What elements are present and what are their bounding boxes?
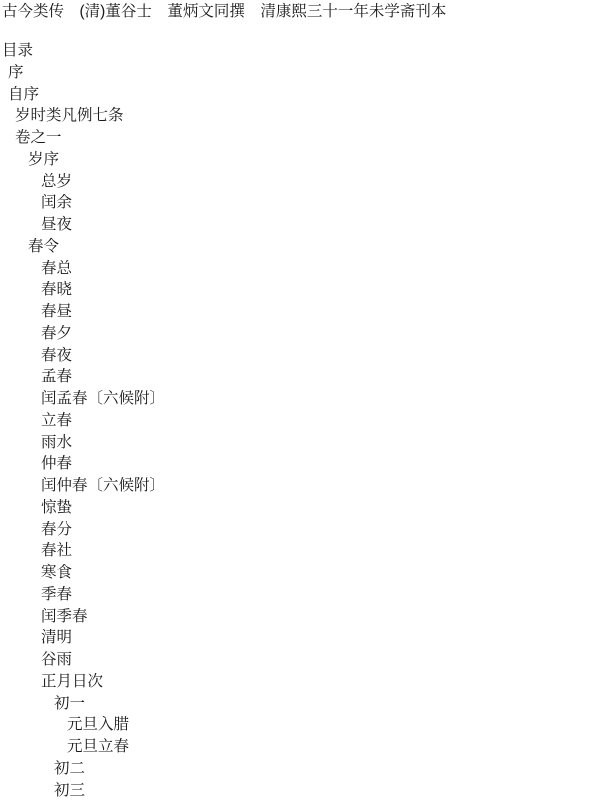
toc-item: 元旦入腊: [2, 714, 600, 736]
toc-item: 寒食: [2, 562, 600, 584]
toc-item: 元旦立春: [2, 736, 600, 758]
toc-item: 闰余: [2, 192, 600, 214]
toc-item: 正月日次: [2, 671, 600, 693]
toc-item: 闰仲春〔六候附〕: [2, 475, 600, 497]
toc-item: 雨水: [2, 432, 600, 454]
toc-item: 岁时类凡例七条: [2, 105, 600, 127]
toc-item: 昼夜: [2, 214, 600, 236]
toc-item: 谷雨: [2, 649, 600, 671]
toc-item: 序: [2, 62, 600, 84]
toc-item: 春总: [2, 258, 600, 280]
toc-item: 立春: [2, 410, 600, 432]
toc-item: 闰季春: [2, 606, 600, 628]
toc-item: 初一: [2, 693, 600, 715]
toc-item: 孟春: [2, 366, 600, 388]
toc-item: 初三: [2, 780, 600, 800]
toc-item: 春夕: [2, 323, 600, 345]
toc-item: 春晓: [2, 279, 600, 301]
toc-item: 岁序: [2, 149, 600, 171]
toc-list: 目录序自序岁时类凡例七条卷之一岁序总岁闰余昼夜春令春总春晓春昼春夕春夜孟春闰孟春…: [2, 40, 600, 800]
toc-item: 惊蛰: [2, 497, 600, 519]
toc-item: 清明: [2, 627, 600, 649]
toc-item: 目录: [2, 40, 600, 62]
toc-item: 总岁: [2, 171, 600, 193]
toc-item: 闰孟春〔六候附〕: [2, 388, 600, 410]
document-page: 古今类传 (清)董谷士 董炳文同撰 清康熙三十一年未学斋刊本 目录序自序岁时类凡…: [0, 0, 600, 800]
toc-item: 春令: [2, 236, 600, 258]
toc-item: 春分: [2, 519, 600, 541]
toc-item: 初二: [2, 758, 600, 780]
toc-item: 仲春: [2, 453, 600, 475]
toc-item: 卷之一: [2, 127, 600, 149]
toc-item: 季春: [2, 584, 600, 606]
toc-item: 春昼: [2, 301, 600, 323]
toc-item: 春夜: [2, 345, 600, 367]
toc-item: 自序: [2, 84, 600, 106]
toc-item: 春社: [2, 540, 600, 562]
document-title: 古今类传 (清)董谷士 董炳文同撰 清康熙三十一年未学斋刊本: [2, 3, 600, 21]
